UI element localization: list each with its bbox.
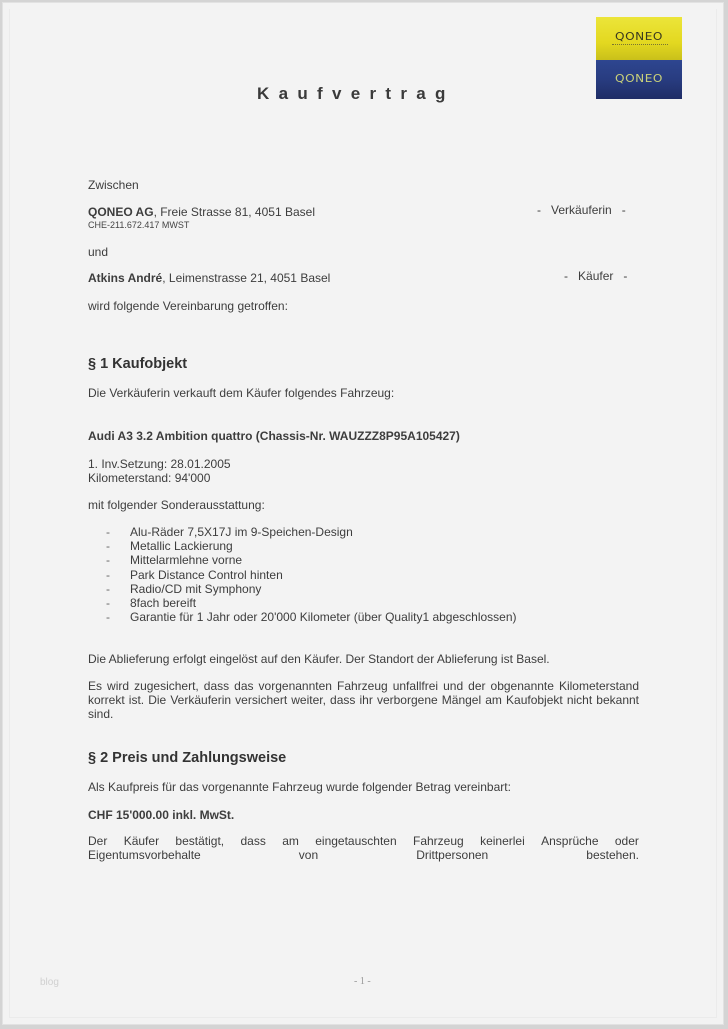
equipment-item: Garantie für 1 Jahr oder 20'000 Kilomete… — [130, 610, 517, 624]
watermark-text: blog — [40, 977, 59, 988]
first-registration: 1. Inv.Setzung: 28.01.2005 — [88, 457, 231, 471]
word: von — [299, 848, 318, 862]
buyer-role: - Käufer - — [564, 269, 627, 283]
list-item: -Metallic Lackierung — [106, 539, 517, 553]
seller-role-label: Verkäuferin — [551, 203, 612, 217]
seller-vat: CHE-211.672.417 MWST — [88, 220, 189, 230]
equipment-item: Radio/CD mit Symphony — [130, 582, 261, 596]
role-dash: - — [622, 203, 626, 217]
section1-heading: § 1 Kaufobjekt — [88, 356, 187, 372]
vehicle-title: Audi A3 3.2 Ambition quattro (Chassis-Nr… — [88, 429, 460, 443]
word: Käufer — [124, 834, 159, 848]
bullet-dash: - — [106, 610, 110, 624]
equipment-intro: mit folgender Sonderausstattung: — [88, 498, 265, 512]
list-item: -Mittelarmlehne vorne — [106, 553, 517, 567]
word: eingetauschten — [315, 834, 396, 848]
word: Ansprüche — [541, 834, 598, 848]
role-dash: - — [537, 203, 541, 217]
word: dass — [240, 834, 265, 848]
confirmation-line-1: Der Käufer bestätigt, dass am eingetausc… — [88, 834, 639, 848]
buyer-line: Atkins André, Leimenstrasse 21, 4051 Bas… — [88, 271, 330, 285]
bullet-dash: - — [106, 525, 110, 539]
buyer-role-label: Käufer — [578, 269, 613, 283]
list-item: -Radio/CD mit Symphony — [106, 582, 517, 596]
section1-intro: Die Verkäuferin verkauft dem Käufer folg… — [88, 386, 394, 400]
agreement-text: wird folgende Vereinbarung getroffen: — [88, 299, 288, 313]
equipment-item: Metallic Lackierung — [130, 539, 233, 553]
parties-intro: Zwischen — [88, 178, 139, 192]
seller-name: QONEO AG — [88, 205, 154, 219]
equipment-item: 8fach bereift — [130, 596, 196, 610]
word: Fahrzeug — [413, 834, 464, 848]
bullet-dash: - — [106, 582, 110, 596]
seller-line: QONEO AG, Freie Strasse 81, 4051 Basel — [88, 205, 315, 219]
document-page — [2, 2, 724, 1025]
list-item: -8fach bereift — [106, 596, 517, 610]
role-dash: - — [623, 269, 627, 283]
equipment-item: Park Distance Control hinten — [130, 568, 283, 582]
equipment-item: Mittelarmlehne vorne — [130, 553, 242, 567]
logo-brand-text-top: QONEO — [596, 30, 682, 43]
buyer-address: , Leimenstrasse 21, 4051 Basel — [162, 271, 330, 285]
bullet-dash: - — [106, 596, 110, 610]
list-item: -Park Distance Control hinten — [106, 568, 517, 582]
confirmation-line-2: Eigentumsvorbehalte von Drittpersonen be… — [88, 848, 639, 862]
bullet-dash: - — [106, 553, 110, 567]
bullet-dash: - — [106, 539, 110, 553]
mileage: Kilometerstand: 94'000 — [88, 471, 210, 485]
word: am — [282, 834, 299, 848]
list-item: -Alu-Räder 7,5X17J im 9-Speichen-Design — [106, 525, 517, 539]
price: CHF 15'000.00 inkl. MwSt. — [88, 808, 234, 822]
seller-role: - Verkäuferin - — [537, 203, 626, 217]
page-border-bottom — [9, 1017, 717, 1018]
page-number: - 1 - — [354, 976, 371, 987]
role-dash: - — [564, 269, 568, 283]
page-border-left — [9, 9, 10, 1018]
equipment-item: Alu-Räder 7,5X17J im 9-Speichen-Design — [130, 525, 353, 539]
word: Eigentumsvorbehalte — [88, 848, 201, 862]
word: Der — [88, 834, 107, 848]
document-title: Kaufvertrag — [257, 84, 455, 104]
word: bestätigt, — [175, 834, 224, 848]
seller-address: , Freie Strasse 81, 4051 Basel — [154, 205, 315, 219]
list-item: -Garantie für 1 Jahr oder 20'000 Kilomet… — [106, 610, 517, 624]
parties-connector: und — [88, 245, 108, 259]
page-border-right — [716, 9, 717, 1018]
buyer-name: Atkins André — [88, 271, 162, 285]
logo-tagline — [612, 44, 668, 46]
bullet-dash: - — [106, 568, 110, 582]
word: Drittpersonen — [416, 848, 488, 862]
logo-brand-text-bottom: QONEO — [596, 72, 682, 85]
word: keinerlei — [480, 834, 525, 848]
equipment-list: -Alu-Räder 7,5X17J im 9-Speichen-Design … — [106, 525, 517, 624]
delivery-text: Die Ablieferung erfolgt eingelöst auf de… — [88, 652, 550, 666]
section2-intro: Als Kaufpreis für das vorgenannte Fahrze… — [88, 780, 511, 794]
section2-heading: § 2 Preis und Zahlungsweise — [88, 750, 286, 766]
assurance-paragraph: Es wird zugesichert, dass das vorgenannt… — [88, 679, 639, 721]
word: oder — [615, 834, 639, 848]
company-logo: QONEO QONEO — [596, 17, 682, 99]
word: bestehen. — [586, 848, 639, 862]
